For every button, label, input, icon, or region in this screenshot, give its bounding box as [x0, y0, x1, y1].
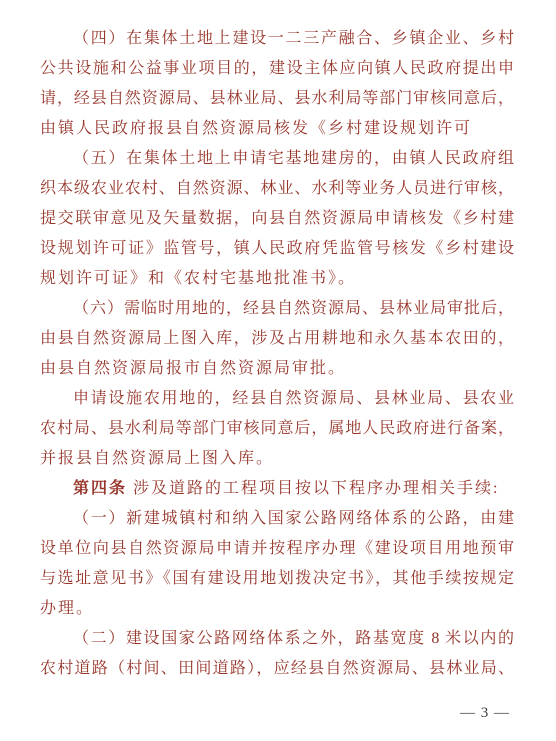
paragraph: （五）在集体土地上申请宅基地建房的，由镇人民政府组织本级农业农村、自然资源、林业… [40, 144, 514, 294]
paragraph: 第四条 涉及道路的工程项目按以下程序办理相关手续: [40, 474, 514, 504]
text-line: 申请设施农用地的，经县自然资源局、县林业局、县农业 [40, 384, 514, 414]
page-number: — 3 — [460, 702, 510, 724]
text-line: 请，经县自然资源局、县林业局、县水利局等部门审核同意后， [40, 84, 514, 114]
paragraph: （一）新建城镇村和纳入国家公路网络体系的公路，由建设单位向县自然资源局申请并按程… [40, 504, 514, 624]
text-line: 设单位向县自然资源局申请并按程序办理《建设项目用地预审 [40, 534, 514, 564]
paragraph: 申请设施农用地的，经县自然资源局、县林业局、县农业农村局、县水利局等部门审核同意… [40, 384, 514, 474]
text-line: 农村局、县水利局等部门审核同意后，属地人民政府进行备案， [40, 414, 514, 444]
text-line: 织本级农业农村、自然资源、林业、水利等业务人员进行审核， [40, 174, 514, 204]
text-line: 由县自然资源局报市自然资源局审批。 [40, 354, 514, 384]
document-body: （四）在集体土地上建设一二三产融合、乡镇企业、乡村公共设施和公益事业项目的，建设… [40, 24, 514, 684]
text-line: 与选址意见书》《国有建设用地划拨决定书》，其他手续按规定 [40, 564, 514, 594]
text-line: 由县自然资源局上图入库，涉及占用耕地和永久基本农田的， [40, 324, 514, 354]
text-line: （五）在集体土地上申请宅基地建房的，由镇人民政府组 [40, 144, 514, 174]
text-line: （四）在集体土地上建设一二三产融合、乡镇企业、乡村 [40, 24, 514, 54]
text-line: 农村道路（村间、田间道路），应经县自然资源局、县林业局、 [40, 654, 514, 684]
text-line: 第四条 涉及道路的工程项目按以下程序办理相关手续: [40, 474, 514, 504]
text-line: 提交联审意见及矢量数据，向县自然资源局申请核发《乡村建 [40, 204, 514, 234]
text-line: （二）建设国家公路网络体系之外，路基宽度 8 米以内的 [40, 624, 514, 654]
paragraph: （四）在集体土地上建设一二三产融合、乡镇企业、乡村公共设施和公益事业项目的，建设… [40, 24, 514, 144]
text-line: 并报县自然资源局上图入库。 [40, 444, 514, 474]
text-line: （六）需临时用地的，经县自然资源局、县林业局审批后， [40, 294, 514, 324]
text-line: 公共设施和公益事业项目的，建设主体应向镇人民政府提出申 [40, 54, 514, 84]
paragraph: （二）建设国家公路网络体系之外，路基宽度 8 米以内的农村道路（村间、田间道路）… [40, 624, 514, 684]
article-number: 第四条 [73, 480, 127, 497]
text-line: （一）新建城镇村和纳入国家公路网络体系的公路，由建 [40, 504, 514, 534]
paragraph: （六）需临时用地的，经县自然资源局、县林业局审批后，由县自然资源局上图入库，涉及… [40, 294, 514, 384]
text-line: 办理。 [40, 594, 514, 624]
document-page: （四）在集体土地上建设一二三产融合、乡镇企业、乡村公共设施和公益事业项目的，建设… [0, 0, 556, 741]
article-text: 涉及道路的工程项目按以下程序办理相关手续: [127, 480, 499, 497]
text-line: 由镇人民政府报县自然资源局核发《乡村建设规划许可证》。 [40, 114, 514, 144]
text-line: 设规划许可证》监管号，镇人民政府凭监管号核发《乡村建设 [40, 234, 514, 264]
text-line: 规划许可证》和《农村宅基地批准书》。 [40, 264, 514, 294]
